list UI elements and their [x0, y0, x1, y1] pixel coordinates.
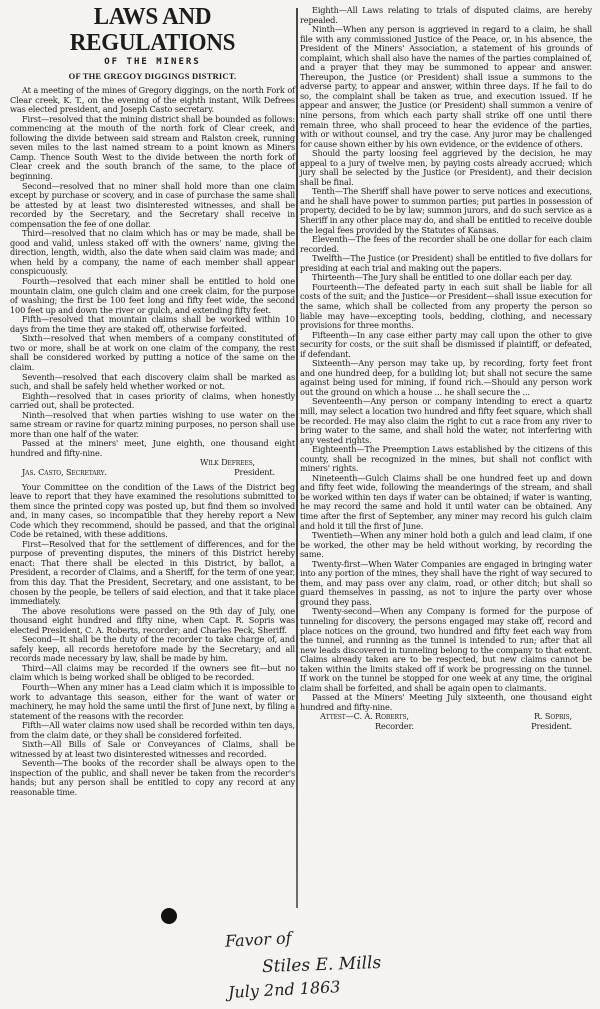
paragraph: Eleventh—The fees of the recorder shall … [300, 235, 592, 254]
paragraph: Ninth—When any person is aggrieved in re… [300, 25, 592, 149]
paragraph: Should the party loosing feel aggrieved … [300, 149, 592, 187]
paragraph: Third—resolved that no claim which has o… [10, 229, 295, 277]
handwritten-note-line3: July 2nd 1863 [228, 977, 341, 1002]
document-subtitle: OF THE MINERS [10, 58, 295, 68]
newspaper-page: LAWS AND REGULATIONS OF THE MINERS OF TH… [0, 0, 600, 1009]
signature-block: Jas. Casto, Secretary. President. [10, 468, 295, 478]
paragraph: Eighth—All Laws relating to trials of di… [300, 6, 592, 25]
paragraph: Fifteenth—In any case either party may c… [300, 331, 592, 360]
paragraph: Seventh—resolved that each discovery cla… [10, 373, 295, 392]
paragraph: First—Resolved that for the settlement o… [10, 540, 295, 607]
paragraph: Your Committee on the condition of the L… [10, 483, 295, 540]
paragraph: Twelfth—The Justice (or President) shall… [300, 254, 592, 273]
column-divider [296, 8, 298, 908]
attest-titles: Recorder. President. [300, 722, 592, 732]
attest-president-title: President. [531, 722, 572, 732]
paragraph: Fourteenth—The defeated party in each su… [300, 283, 592, 331]
paragraph: Fourth—When any miner has a Lead claim w… [10, 683, 295, 721]
paragraph: Fourth—resolved that each miner shall be… [10, 277, 295, 315]
paragraph: Sixth—All Bills of Sale or Conveyances o… [10, 740, 295, 759]
paragraph: Fifth—All water claims now used shall be… [10, 721, 295, 740]
paragraph: Sixteenth—Any person may take up, by rec… [300, 359, 592, 397]
paragraph: Seventh—The books of the recorder shall … [10, 759, 295, 797]
signature-secretary: Jas. Casto, Secretary. [10, 468, 107, 478]
document-title: LAWS AND REGULATIONS [16, 4, 290, 56]
left-column: LAWS AND REGULATIONS OF THE MINERS OF TH… [10, 4, 295, 798]
paragraph: Eighteenth—The Preemption Laws establish… [300, 445, 592, 474]
paragraph: Sixth—resolved that when members of a co… [10, 334, 295, 372]
paragraph: At a meeting of the mines of Gregory dig… [10, 86, 295, 115]
paragraph: Twenty-first—When Water Companies are en… [300, 560, 592, 608]
right-column: Eighth—All Laws relating to trials of di… [300, 6, 592, 732]
paragraph: Passed at the miners' meet, June eighth,… [10, 439, 295, 458]
paragraph: First—resolved that the mining district … [10, 115, 295, 182]
paragraph: Second—It shall be the duty of the recor… [10, 635, 295, 664]
attest-recorder-title: Recorder. [320, 722, 414, 732]
ink-blot [161, 908, 177, 924]
paragraph: Fifth—resolved that mountain claims shal… [10, 315, 295, 334]
paragraph: Twenty-second—When any Company is formed… [300, 607, 592, 693]
paragraph: Ninth—resolved that when parties wishing… [10, 411, 295, 440]
signature-president-title: President. [234, 468, 295, 478]
handwritten-note-line2: Stiles E. Mills [262, 953, 382, 977]
paragraph: Passed at the Miners' Meeting July sixte… [300, 693, 592, 712]
district-heading: OF THE GREGOY DIGGINGS DISTRICT. [10, 72, 295, 82]
paragraph: Nineteenth—Gulch Claims shall be one hun… [300, 474, 592, 531]
paragraph: Tenth—The Sheriff shall have power to se… [300, 187, 592, 235]
paragraph: Seventeenth—Any person or company intend… [300, 397, 592, 445]
paragraph: Twentieth—When any miner hold both a gul… [300, 531, 592, 560]
handwritten-note-line1: Favor of [225, 928, 292, 950]
paragraph: Third—All claims may be recorded if the … [10, 664, 295, 683]
paragraph: Second—resolved that no miner shall hold… [10, 182, 295, 230]
paragraph: The above resolutions were passed on the… [10, 607, 295, 636]
paragraph: Eighth—resolved that in cases priority o… [10, 392, 295, 411]
